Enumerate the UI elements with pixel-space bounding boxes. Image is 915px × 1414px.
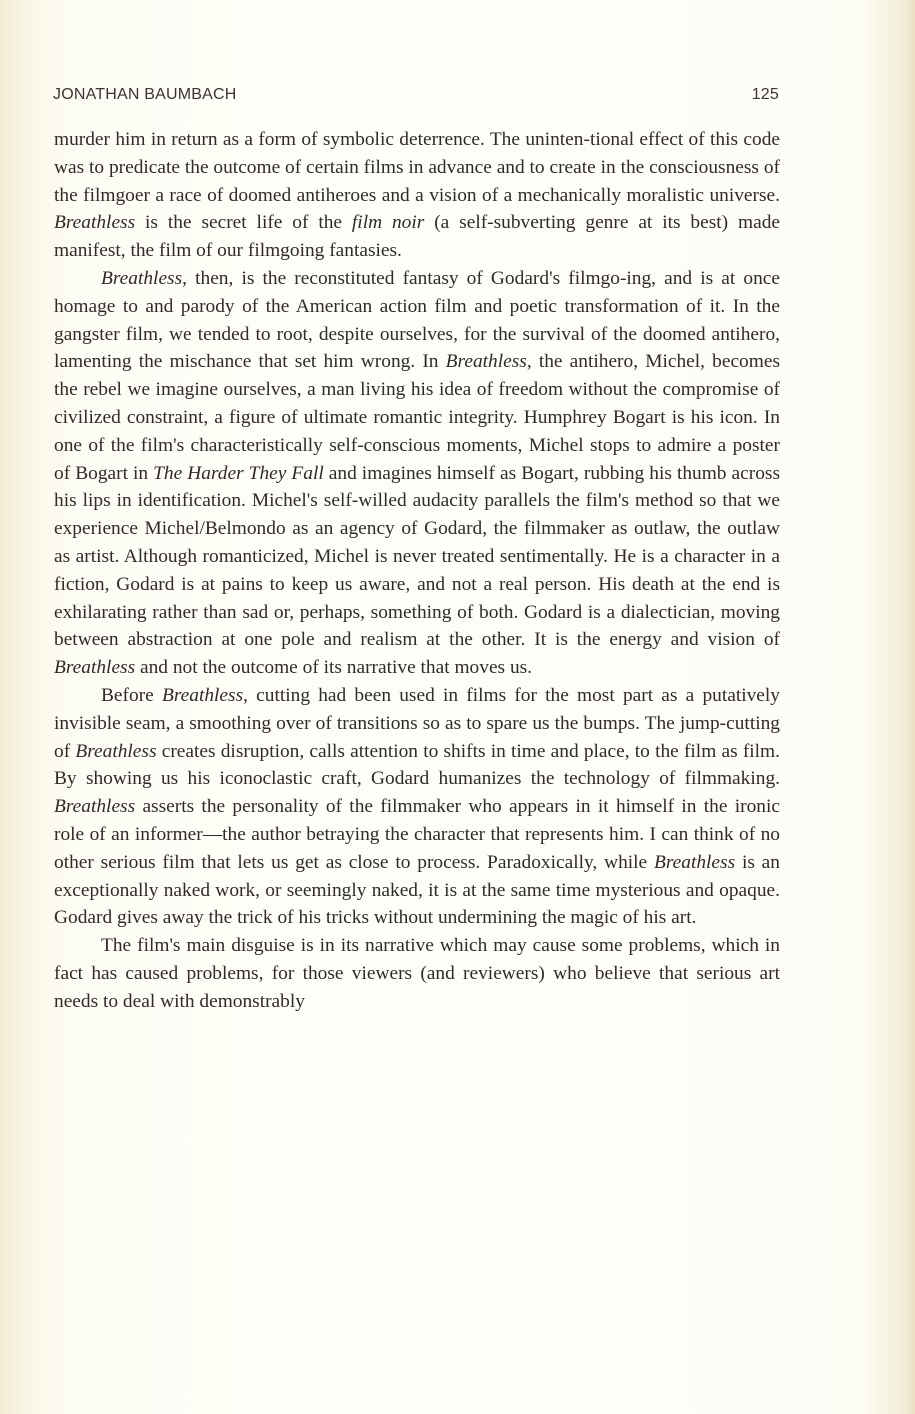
page-number: 125 [752, 86, 779, 104]
text-segment: The film's main disguise is in its narra… [54, 935, 780, 1012]
italic-title: Breathless [75, 741, 156, 762]
text-segment: and not the outcome of its narrative tha… [135, 657, 532, 678]
italic-title: Breathless [101, 268, 182, 289]
italic-term: film noir [352, 212, 424, 233]
body-text: murder him in return as a form of symbol… [54, 126, 780, 1016]
italic-title: The Harder They Fall [153, 463, 324, 484]
italic-title: Breathless [54, 657, 135, 678]
italic-title: Breathless [446, 351, 527, 372]
paragraph-1: murder him in return as a form of symbol… [54, 126, 780, 265]
paragraph-2: Breathless, then, is the reconstituted f… [54, 265, 780, 682]
paragraph-3: Before Breathless, cutting had been used… [54, 682, 780, 932]
running-head-author: JONATHAN BAUMBACH [53, 86, 237, 104]
text-segment: creates disruption, calls attention to s… [54, 741, 780, 790]
text-segment: is the secret life of the [135, 212, 352, 233]
text-segment: and imagines himself as Bogart, rubbing … [54, 463, 780, 651]
paragraph-4: The film's main disguise is in its narra… [54, 932, 780, 1015]
italic-title: Breathless [654, 852, 735, 873]
italic-title: Breathless [162, 685, 243, 706]
text-segment: murder him in return as a form of symbol… [54, 129, 780, 206]
text-segment: Before [101, 685, 162, 706]
italic-title: Breathless [54, 796, 135, 817]
running-head: JONATHAN BAUMBACH 125 [53, 86, 779, 104]
italic-title: Breathless [54, 212, 135, 233]
